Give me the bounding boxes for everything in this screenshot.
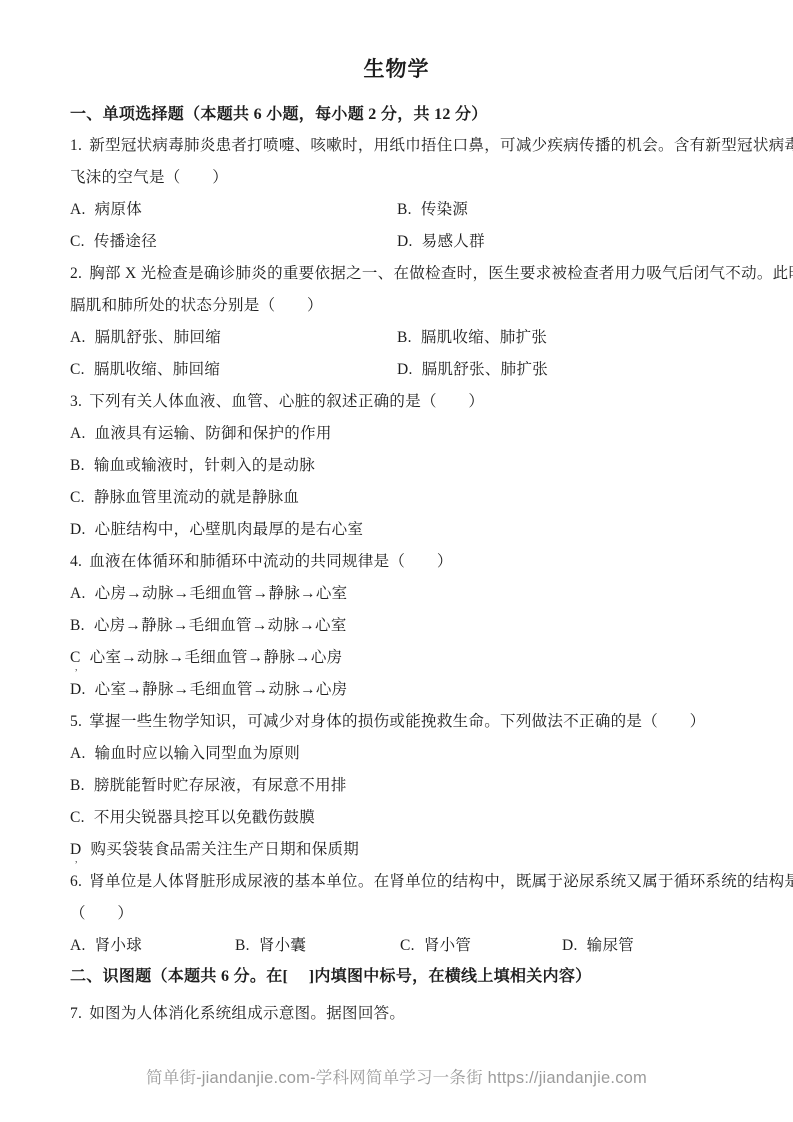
question-7-number: 7. (70, 1005, 82, 1022)
watermark-footer: 简单街-jiandanjie.com-学科网简单学习一条街 https://ji… (70, 1066, 723, 1090)
option-6c-text: 肾小管 (424, 937, 471, 954)
option-5b: B.膀胱能暂时贮存尿液，有尿意不用排 (70, 770, 723, 802)
option-4a: A.心房→动脉→毛细血管→静脉→心室 (70, 578, 723, 610)
question-3-line-1: 3.下列有关人体血液、血管、心脏的叙述正确的是（ ） (70, 386, 723, 418)
option-3b-label: B. (70, 457, 85, 474)
question-6-line-2: （ ） (70, 898, 723, 930)
section-2-heading: 二、识图题（本题共 6 分。在[ ]内填图中标号，在横线上填相关内容） (70, 964, 723, 990)
question-6-options-row: A.肾小球 B.肾小囊 C.肾小管 D.输尿管 (70, 930, 723, 962)
option-3c-label: C. (70, 489, 85, 506)
option-1b: B.传染源 (397, 194, 468, 226)
question-5-text: 掌握一些生物学知识，可减少对身体的损伤或能挽救生命。下列做法不正确的是（ ） (89, 713, 705, 730)
option-4c-text: 心室→动脉→毛细血管→静脉→心房 (90, 649, 343, 666)
option-3d-text: 心脏结构中，心壁肌肉最厚的是右心室 (95, 521, 364, 538)
document-content: 生物学 一、单项选择题（本题共 6 小题，每小题 2 分，共 12 分） 1.新… (0, 52, 793, 1090)
section-1-heading: 一、单项选择题（本题共 6 小题，每小题 2 分，共 12 分） (70, 102, 723, 128)
option-4d: D.心室→静脉→毛细血管→动脉→心房 (70, 674, 723, 706)
option-4d-label: D. (70, 681, 86, 698)
question-7-text: 如图为人体消化系统组成示意图。据图回答。 (89, 1005, 405, 1022)
option-3c: C.静脉血管里流动的就是静脉血 (70, 482, 723, 514)
option-6a-text: 肾小球 (95, 937, 142, 954)
option-2a: A.膈肌舒张、肺回缩 (70, 322, 397, 354)
option-2c: C.膈肌收缩、肺回缩 (70, 354, 397, 386)
question-6-number: 6. (70, 873, 82, 890)
option-6a-label: A. (70, 937, 86, 954)
question-2-options-row-2: C.膈肌收缩、肺回缩 D.膈肌舒张、肺扩张 (70, 354, 723, 386)
option-1c-label: C. (70, 233, 85, 250)
option-2c-label: C. (70, 361, 85, 378)
option-1a-text: 病原体 (95, 201, 142, 218)
question-1-options-row-2: C.传播途径 D.易感人群 (70, 226, 723, 258)
option-4a-text: 心房→动脉→毛细血管→静脉→心室 (95, 585, 348, 602)
question-1-options-row-1: A.病原体 B.传染源 (70, 194, 723, 226)
option-6c: C.肾小管 (400, 930, 562, 962)
option-2b: B.膈肌收缩、肺扩张 (397, 322, 547, 354)
option-5c-label: C. (70, 809, 85, 826)
question-2-line-2: 膈肌和肺所处的状态分别是（ ） (70, 290, 723, 322)
question-4-line-1: 4.血液在体循环和肺循环中流动的共同规律是（ ） (70, 546, 723, 578)
option-1d-label: D. (397, 233, 413, 250)
question-3-text: 下列有关人体血液、血管、心脏的叙述正确的是（ ） (89, 393, 484, 410)
document-title: 生物学 (70, 52, 723, 86)
option-2a-label: A. (70, 329, 86, 346)
option-1b-text: 传染源 (421, 201, 468, 218)
question-4-number: 4. (70, 553, 82, 570)
question-5-number: 5. (70, 713, 82, 730)
option-5a-label: A. (70, 745, 86, 762)
option-5d-text: 购买袋装食品需关注生产日期和保质期 (91, 841, 360, 858)
option-5a-text: 输血时应以输入同型血为原则 (95, 745, 300, 762)
question-3-number: 3. (70, 393, 82, 410)
question-6-text-cont: （ ） (70, 905, 133, 922)
option-3b-text: 输血或输液时，针刺入的是动脉 (94, 457, 315, 474)
option-2d-label: D. (397, 361, 413, 378)
option-6b-label: B. (235, 937, 250, 954)
option-5b-text: 膀胱能暂时贮存尿液，有尿意不用排 (94, 777, 347, 794)
option-2a-text: 膈肌舒张、肺回缩 (95, 329, 221, 346)
option-4c: C心室→动脉→毛细血管→静脉→心房, (70, 642, 723, 674)
scan-artifact-mark: , (75, 855, 78, 865)
option-5d: D购买袋装食品需关注生产日期和保质期, (70, 834, 723, 866)
question-2-line-1: 2.胸部 X 光检查是确诊肺炎的重要依据之一、在做检查时，医生要求被检查者用力吸… (70, 258, 723, 290)
question-2-text-cont: 膈肌和肺所处的状态分别是（ ） (70, 297, 323, 314)
option-4b-text: 心房→静脉→毛细血管→动脉→心室 (94, 617, 347, 634)
option-6b: B.肾小囊 (235, 930, 400, 962)
question-1-text: 新型冠状病毒肺炎患者打喷嚏、咳嗽时，用纸巾捂住口鼻，可减少疾病传播的机会。含有新… (89, 137, 793, 154)
option-1a-label: A. (70, 201, 86, 218)
option-2b-text: 膈肌收缩、肺扩张 (421, 329, 547, 346)
scan-artifact-mark: , (75, 663, 78, 673)
option-2d: D.膈肌舒张、肺扩张 (397, 354, 548, 386)
question-6-line-1: 6.肾单位是人体肾脏形成尿液的基本单位。在肾单位的结构中，既属于泌尿系统又属于循… (70, 866, 723, 898)
option-6a: A.肾小球 (70, 930, 235, 962)
option-3d-label: D. (70, 521, 86, 538)
option-4b: B.心房→静脉→毛细血管→动脉→心室 (70, 610, 723, 642)
exam-document-page: 生物学 一、单项选择题（本题共 6 小题，每小题 2 分，共 12 分） 1.新… (0, 0, 793, 1122)
option-3a-text: 血液具有运输、防御和保护的作用 (95, 425, 332, 442)
question-1-text-cont: 飞沫的空气是（ ） (70, 169, 228, 186)
option-5c: C.不用尖锐器具挖耳以免戳伤鼓膜 (70, 802, 723, 834)
option-6d: D.输尿管 (562, 930, 634, 962)
option-6d-text: 输尿管 (587, 937, 634, 954)
option-3a-label: A. (70, 425, 86, 442)
option-4a-label: A. (70, 585, 86, 602)
option-6b-text: 肾小囊 (259, 937, 306, 954)
option-4d-text: 心室→静脉→毛细血管→动脉→心房 (95, 681, 348, 698)
option-1d-text: 易感人群 (422, 233, 485, 250)
option-2c-text: 膈肌收缩、肺回缩 (94, 361, 220, 378)
option-3a: A.血液具有运输、防御和保护的作用 (70, 418, 723, 450)
question-6-text: 肾单位是人体肾脏形成尿液的基本单位。在肾单位的结构中，既属于泌尿系统又属于循环系… (89, 873, 793, 890)
option-4b-label: B. (70, 617, 85, 634)
option-3d: D.心脏结构中，心壁肌肉最厚的是右心室 (70, 514, 723, 546)
question-4-text: 血液在体循环和肺循环中流动的共同规律是（ ） (89, 553, 452, 570)
option-1b-label: B. (397, 201, 412, 218)
option-3c-text: 静脉血管里流动的就是静脉血 (94, 489, 299, 506)
option-5a: A.输血时应以输入同型血为原则 (70, 738, 723, 770)
option-2b-label: B. (397, 329, 412, 346)
option-5b-label: B. (70, 777, 85, 794)
option-2d-text: 膈肌舒张、肺扩张 (422, 361, 548, 378)
question-2-text: 胸部 X 光检查是确诊肺炎的重要依据之一、在做检查时，医生要求被检查者用力吸气后… (89, 265, 793, 282)
option-5c-text: 不用尖锐器具挖耳以免戳伤鼓膜 (94, 809, 315, 826)
option-1c-text: 传播途径 (94, 233, 157, 250)
option-1d: D.易感人群 (397, 226, 485, 258)
question-1-number: 1. (70, 137, 82, 154)
option-1c: C.传播途径 (70, 226, 397, 258)
option-6d-label: D. (562, 937, 578, 954)
question-1-line-1: 1.新型冠状病毒肺炎患者打喷嚏、咳嗽时，用纸巾捂住口鼻，可减少疾病传播的机会。含… (70, 130, 723, 162)
question-7-line-1: 7.如图为人体消化系统组成示意图。据图回答。 (70, 998, 723, 1030)
option-1a: A.病原体 (70, 194, 397, 226)
option-3b: B.输血或输液时，针刺入的是动脉 (70, 450, 723, 482)
question-2-number: 2. (70, 265, 82, 282)
question-5-line-1: 5.掌握一些生物学知识，可减少对身体的损伤或能挽救生命。下列做法不正确的是（ ） (70, 706, 723, 738)
question-1-line-2: 飞沫的空气是（ ） (70, 162, 723, 194)
option-6c-label: C. (400, 937, 415, 954)
question-2-options-row-1: A.膈肌舒张、肺回缩 B.膈肌收缩、肺扩张 (70, 322, 723, 354)
